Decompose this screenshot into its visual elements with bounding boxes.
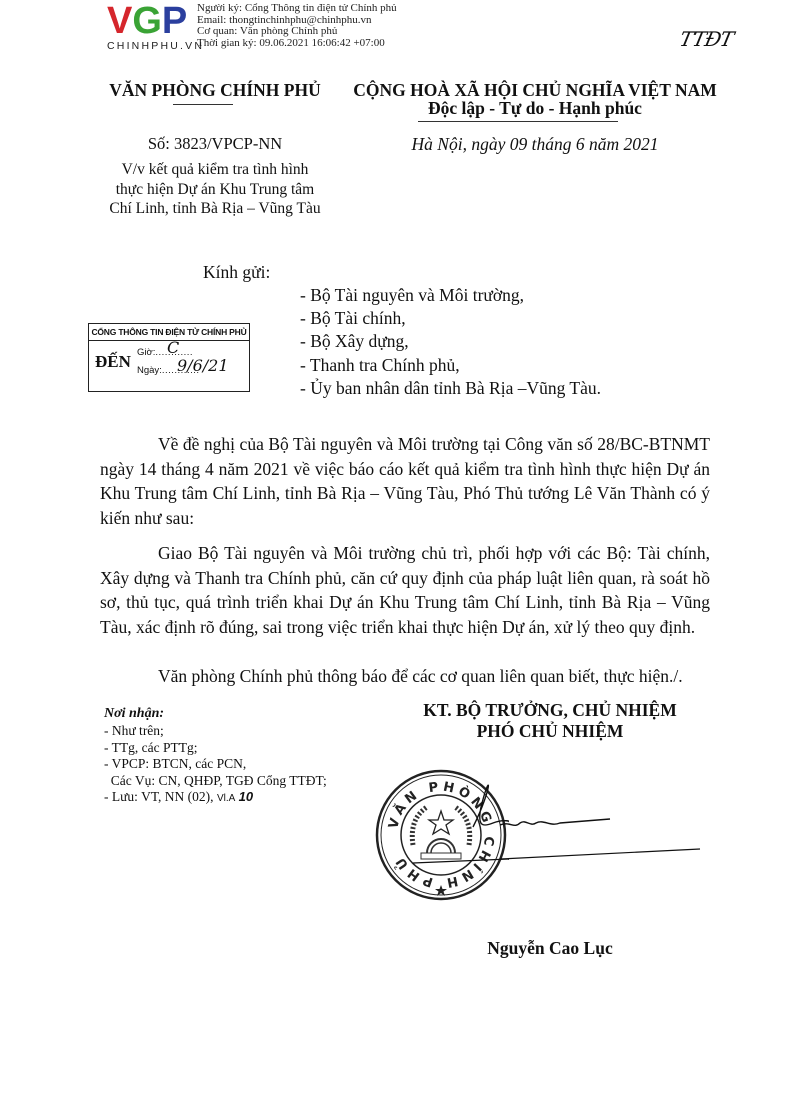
- received-stamp: CỔNG THÔNG TIN ĐIỆN TỬ CHÍNH PHỦ ĐẾN Giờ…: [88, 323, 250, 392]
- addressee-item: - Bộ Xây dựng,: [300, 330, 601, 353]
- signer-name: Nguyễn Cao Lục: [440, 938, 660, 959]
- body-paragraph-1: Về đề nghị của Bộ Tài nguyên và Môi trườ…: [100, 432, 710, 530]
- recipient-item: - TTg, các PTTg;: [104, 740, 327, 757]
- body-paragraph-2: Giao Bộ Tài nguyên và Môi trường chủ trì…: [100, 541, 710, 639]
- signing-time-line: Thời gian ký: 09.06.2021 16:06:42 +07:00: [197, 38, 397, 50]
- recipients-list: - Như trên; - TTg, các PTTg; - VPCP: BTC…: [104, 723, 327, 808]
- subject-line: V/v kết quả kiểm tra tình hình: [80, 160, 350, 180]
- subject-line: Chí Linh, tỉnh Bà Rịa – Vũng Tàu: [80, 199, 350, 219]
- digital-signature-info: Người ký: Cổng Thông tin điện tử Chính p…: [197, 3, 397, 49]
- stamp-date: Ngày:............ 9/6/21: [137, 365, 200, 376]
- subject-line: thực hiện Dự án Khu Trung tâm: [80, 180, 350, 200]
- organization-name: VĂN PHÒNG CHÍNH PHỦ: [80, 80, 350, 101]
- logo-letter-v: V: [107, 0, 132, 42]
- logo-letter-p: P: [162, 0, 187, 42]
- stamp-time-label: Giờ:: [137, 347, 155, 358]
- subject: V/v kết quả kiểm tra tình hình thực hiện…: [80, 160, 350, 219]
- addressee-item: - Ủy ban nhân dân tỉnh Bà Rịa –Vũng Tàu.: [300, 377, 601, 400]
- addressee-item: - Bộ Tài chính,: [300, 307, 601, 330]
- recipient-item-archive: - Lưu: VT, NN (02), Vl.A 10: [104, 789, 327, 808]
- organization-underline: [173, 104, 233, 105]
- stamp-den: ĐẾN: [95, 352, 131, 372]
- addressee-list: - Bộ Tài nguyên và Môi trường, - Bộ Tài …: [300, 284, 601, 400]
- svg-text:VĂN PHÒNG CHÍNH PHỦ: VĂN PHÒNG CHÍNH PHỦ: [386, 780, 496, 891]
- logo-site: CHINHPHU.VN: [107, 40, 202, 52]
- recipient-item: - VPCP: BTCN, các PCN,: [104, 756, 327, 773]
- handwritten-mark: TTĐT: [677, 27, 735, 51]
- signature-title-line: PHÓ CHỦ NHIỆM: [380, 721, 720, 742]
- vgp-logo: VGP CHINHPHU.VN: [107, 2, 202, 54]
- body-paragraph-3: Văn phòng Chính phủ thông báo để các cơ …: [100, 664, 710, 689]
- signature-title: KT. BỘ TRƯỞNG, CHỦ NHIỆM PHÓ CHỦ NHIỆM: [380, 700, 720, 742]
- date-line: Hà Nội, ngày 09 tháng 6 năm 2021: [340, 134, 730, 155]
- seal-text: VĂN PHÒNG CHÍNH PHỦ: [386, 780, 496, 891]
- recipient-item: Các Vụ: CN, QHĐP, TGĐ Cổng TTĐT;: [104, 773, 327, 790]
- document-number: Số: 3823/VPCP-NN: [80, 134, 350, 154]
- agency-line: Cơ quan: Văn phòng Chính phủ: [197, 26, 397, 38]
- archive-number: 10: [239, 789, 253, 804]
- archive-note: Vl.A: [217, 793, 235, 804]
- stamp-date-label: Ngày:: [137, 365, 162, 376]
- addressee-item: - Bộ Tài nguyên và Môi trường,: [300, 284, 601, 307]
- signature-title-line: KT. BỘ TRƯỞNG, CHỦ NHIỆM: [380, 700, 720, 721]
- stamp-time-value: C: [167, 338, 179, 357]
- logo-letter-g: G: [132, 0, 162, 42]
- stamp-date-value: 9/6/21: [177, 356, 229, 375]
- motto: Độc lập - Tự do - Hạnh phúc: [340, 98, 730, 119]
- addressee-label: Kính gửi:: [203, 262, 270, 283]
- official-seal-icon: VĂN PHÒNG CHÍNH PHỦ: [373, 767, 509, 903]
- recipient-item: - Như trên;: [104, 723, 327, 740]
- signer-line: Người ký: Cổng Thông tin điện tử Chính p…: [197, 3, 397, 15]
- handwritten-signature-icon: [500, 815, 720, 865]
- recipients-title: Nơi nhận:: [104, 706, 164, 722]
- vgp-logo-letters: VGP: [107, 2, 202, 40]
- addressee-item: - Thanh tra Chính phủ,: [300, 354, 601, 377]
- recipient-item: - Lưu: VT, NN (02),: [104, 789, 214, 804]
- motto-underline: [418, 121, 618, 122]
